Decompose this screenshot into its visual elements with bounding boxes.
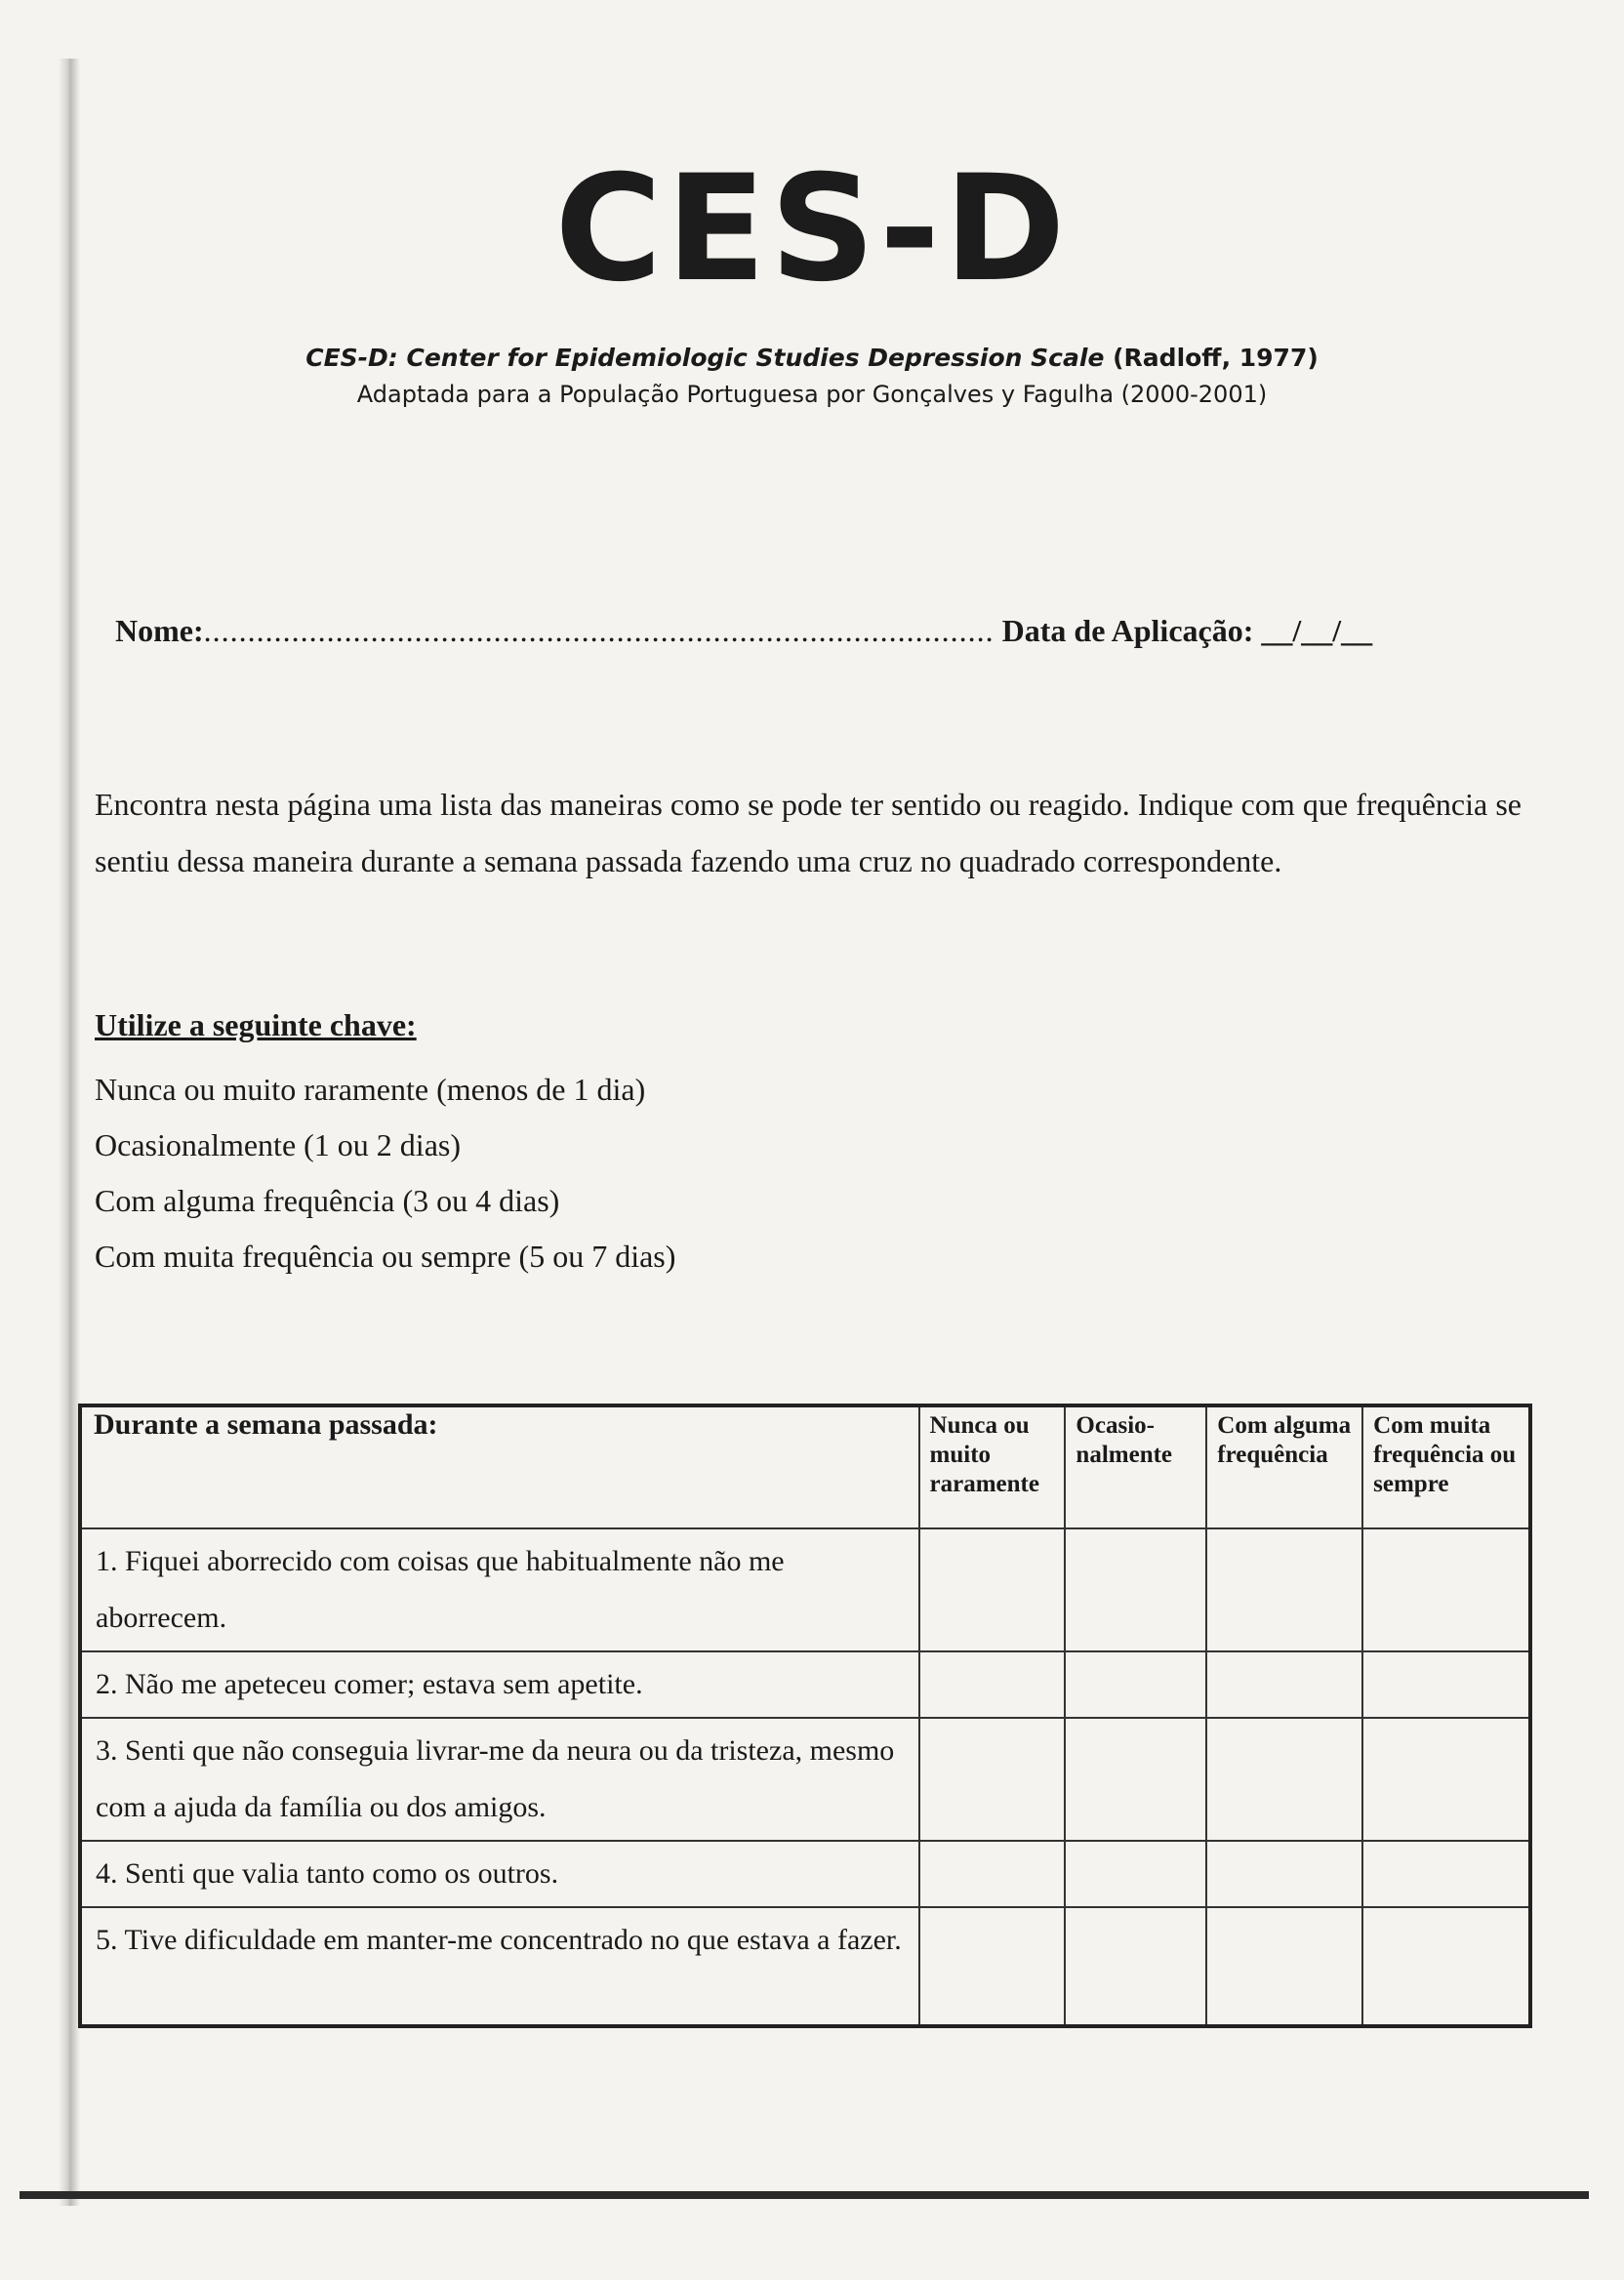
bottom-divider xyxy=(20,2191,1589,2199)
name-date-row: Nome:...................................… xyxy=(115,613,1511,649)
name-label: Nome: xyxy=(115,613,204,648)
date-field[interactable]: __/__/__ xyxy=(1261,613,1372,648)
answer-box[interactable] xyxy=(1065,1718,1206,1841)
key-item: Ocasionalmente (1 ou 2 dias) xyxy=(95,1118,675,1173)
answer-box[interactable] xyxy=(1362,1651,1530,1718)
item-text: 4. Senti que valia tanto como os outros. xyxy=(80,1841,919,1907)
table-row: 4. Senti que valia tanto como os outros. xyxy=(80,1841,1530,1907)
answer-box[interactable] xyxy=(1362,1841,1530,1907)
item-text: 5. Tive dificuldade em manter-me concent… xyxy=(80,1907,919,2026)
item-text: 1. Fiquei aborrecido com coisas que habi… xyxy=(80,1528,919,1651)
answer-box[interactable] xyxy=(919,1718,1066,1841)
answer-box[interactable] xyxy=(919,1651,1066,1718)
option-header-always: Com muita frequência ou sempre xyxy=(1362,1405,1530,1528)
scale-name: CES-D: Center for Epidemiologic Studies … xyxy=(305,344,1104,372)
option-header-occasionally: Ocasio-nalmente xyxy=(1065,1405,1206,1528)
answer-box[interactable] xyxy=(1206,1907,1362,2026)
option-header-never: Nunca ou muito raramente xyxy=(919,1405,1066,1528)
adaptation-note: Adaptada para a População Portuguesa por… xyxy=(0,381,1624,408)
table-row: 2. Não me apeteceu comer; estava sem ape… xyxy=(80,1651,1530,1718)
answer-box[interactable] xyxy=(1065,1907,1206,2026)
key-item: Com muita frequência ou sempre (5 ou 7 d… xyxy=(95,1229,675,1284)
answer-box[interactable] xyxy=(1206,1651,1362,1718)
table-row: 3. Senti que não conseguia livrar-me da … xyxy=(80,1718,1530,1841)
scale-citation: (Radloff, 1977) xyxy=(1113,344,1319,372)
response-table: Durante a semana passada: Nunca ou muito… xyxy=(78,1404,1532,2028)
key-item: Nunca ou muito raramente (menos de 1 dia… xyxy=(95,1062,675,1118)
item-text: 2. Não me apeteceu comer; estava sem ape… xyxy=(80,1651,919,1718)
date-label: Data de Aplicação: xyxy=(1002,613,1254,648)
page-title: CES-D xyxy=(0,156,1624,303)
answer-box[interactable] xyxy=(1206,1718,1362,1841)
table-header-row: Durante a semana passada: Nunca ou muito… xyxy=(80,1405,1530,1528)
answer-box[interactable] xyxy=(1362,1907,1530,2026)
item-text: 3. Senti que não conseguia livrar-me da … xyxy=(80,1718,919,1841)
question-header: Durante a semana passada: xyxy=(80,1405,919,1528)
key-title: Utilize a seguinte chave: xyxy=(95,1007,417,1043)
scale-full-name: CES-D: Center for Epidemiologic Studies … xyxy=(0,344,1624,372)
answer-box[interactable] xyxy=(1362,1528,1530,1651)
answer-box[interactable] xyxy=(1065,1651,1206,1718)
answer-box[interactable] xyxy=(919,1528,1066,1651)
name-field[interactable]: ........................................… xyxy=(204,613,995,648)
answer-box[interactable] xyxy=(1206,1528,1362,1651)
table-row: 5. Tive dificuldade em manter-me concent… xyxy=(80,1907,1530,2026)
answer-box[interactable] xyxy=(919,1841,1066,1907)
answer-box[interactable] xyxy=(919,1907,1066,2026)
key-list: Nunca ou muito raramente (menos de 1 dia… xyxy=(95,1062,675,1284)
answer-box[interactable] xyxy=(1362,1718,1530,1841)
answer-box[interactable] xyxy=(1206,1841,1362,1907)
table-row: 1. Fiquei aborrecido com coisas que habi… xyxy=(80,1528,1530,1651)
key-item: Com alguma frequência (3 ou 4 dias) xyxy=(95,1173,675,1229)
answer-box[interactable] xyxy=(1065,1841,1206,1907)
option-header-sometimes: Com alguma frequência xyxy=(1206,1405,1362,1528)
instructions: Encontra nesta página uma lista das mane… xyxy=(95,776,1522,889)
answer-box[interactable] xyxy=(1065,1528,1206,1651)
